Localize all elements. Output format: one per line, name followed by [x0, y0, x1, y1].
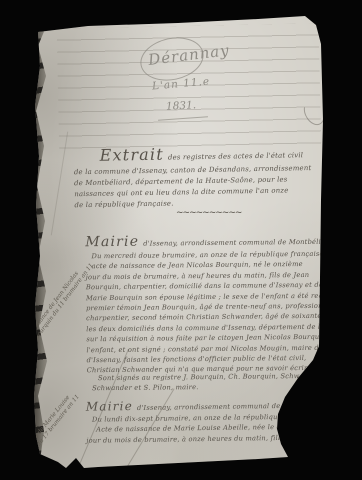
- act2-lead-word: Mairie: [86, 399, 133, 414]
- margin-note-line: Abeille du 17 brumaire an 11: [22, 394, 82, 465]
- signature-line: Schwander et S. Pilon, maire.: [92, 381, 327, 394]
- heading-line: Extraitdes registres des actes de l'état…: [99, 142, 325, 165]
- heading-lead-word: Extrait: [99, 145, 164, 165]
- scanned-page: Dérannay L'an 11.e 1831. Extraitdes regi…: [28, 16, 330, 468]
- signatures-paragraph: Sont signés au registre J. Bourquin, Ch.…: [92, 371, 327, 394]
- registry-line-text: d'Issenay, arrondissement communal de Mo…: [143, 238, 335, 248]
- torn-binding-edge: [28, 16, 54, 468]
- scan-background: Dérannay L'an 11.e 1831. Extraitdes regi…: [0, 0, 362, 480]
- margin-note-line: Naissance de Marie Louise: [17, 390, 77, 461]
- flourish-separator: ~~~~~~~~~~: [176, 208, 241, 218]
- birth-act-paragraph-1: Mairied'Issenay, arrondissement communal…: [85, 229, 327, 376]
- registry-line: jour du mois de brumaire, à onze heures …: [86, 432, 326, 446]
- heading-line-text: des registres des actes de l'état civil: [168, 151, 303, 161]
- act1-lead-word: Mairie: [85, 234, 139, 251]
- registry-line: Mairied'Issenay, arrondissement communal…: [85, 229, 325, 251]
- pencil-date: 1831.: [166, 99, 197, 113]
- margin-note-act2: Naissance de Marie Louise Abeille du 17 …: [17, 390, 82, 466]
- registry-line-text: d'Issenay, arrondissement communal de Mo…: [137, 402, 310, 412]
- birth-act-paragraph-2: Mairied'Issenay, arrondissement communal…: [86, 392, 327, 446]
- registry-line: Mairied'Issenay, arrondissement communal…: [86, 392, 326, 414]
- document-heading: Extraitdes registres des actes de l'état…: [73, 142, 326, 211]
